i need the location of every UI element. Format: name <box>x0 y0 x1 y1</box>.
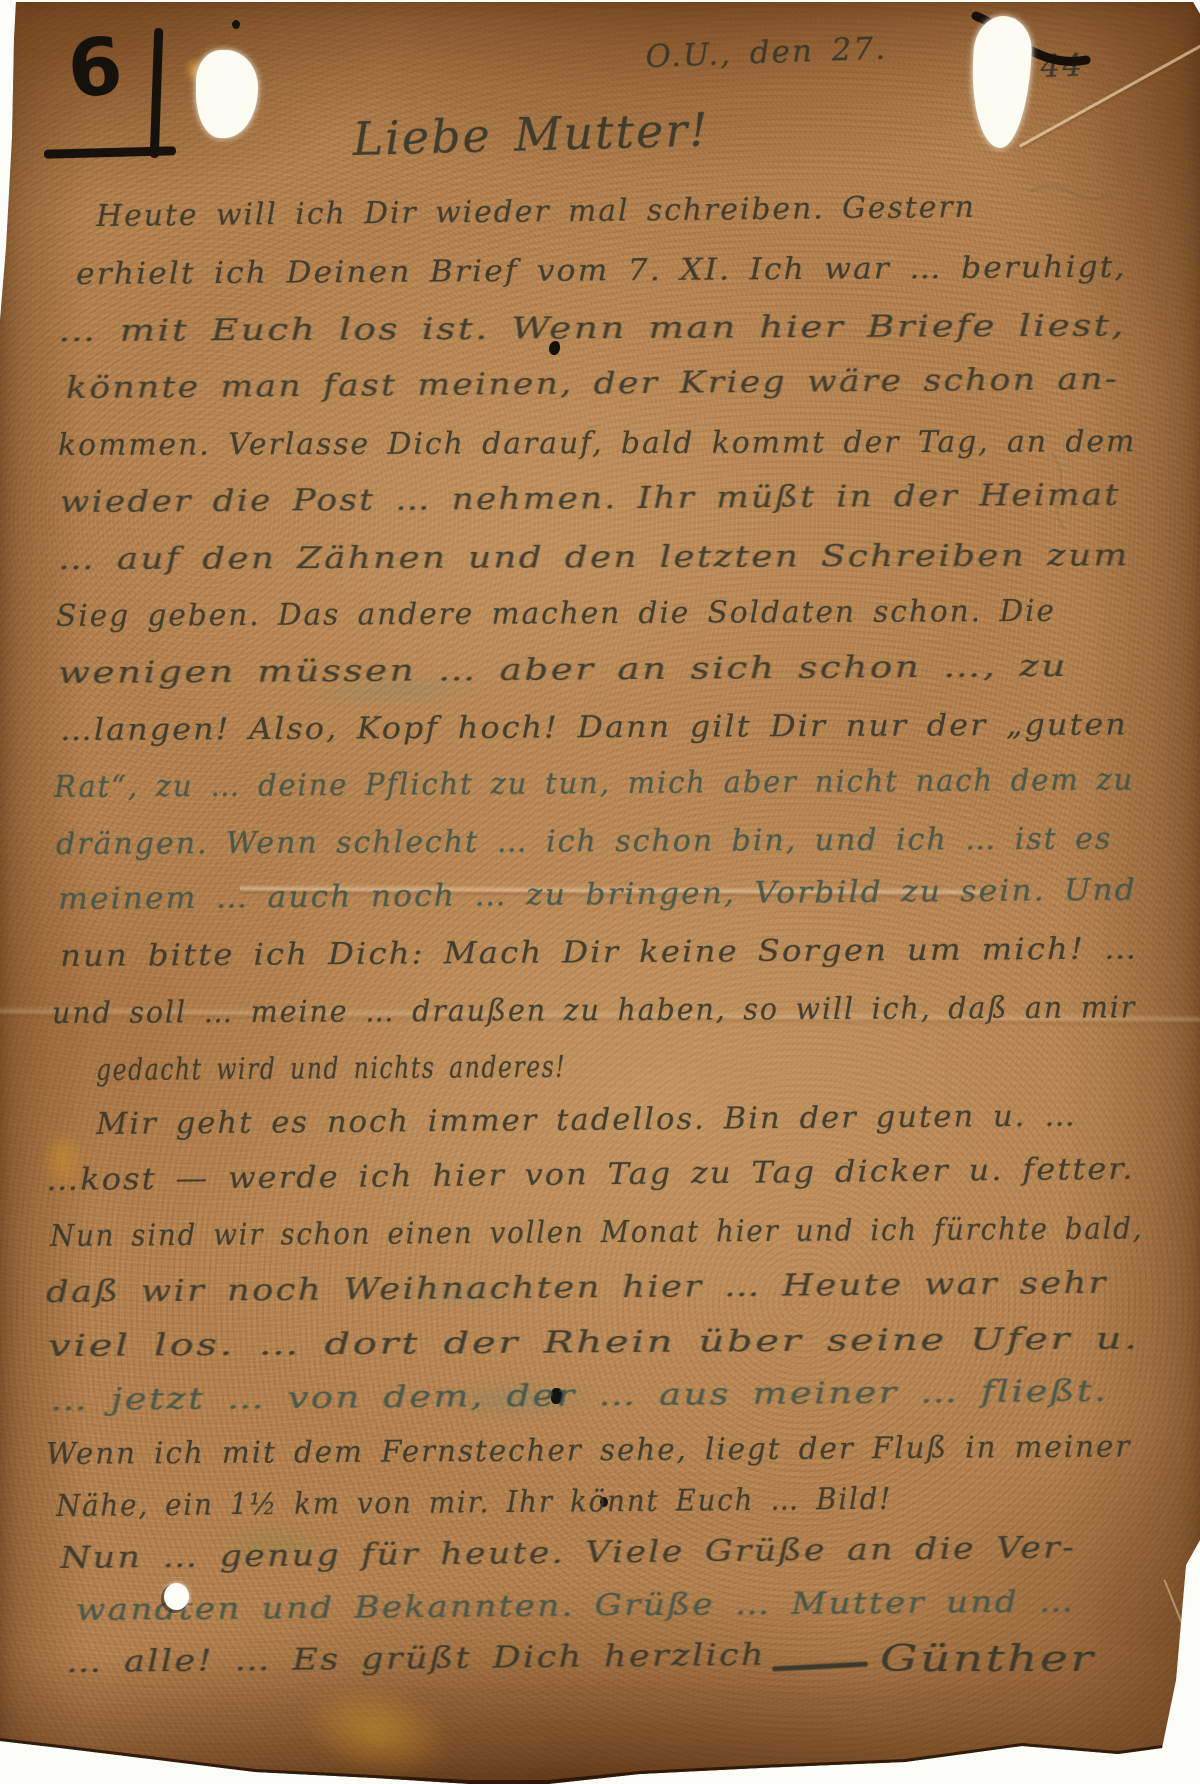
handwriting-line: Sieg geben. Das andere machen die Soldat… <box>56 597 1056 632</box>
handwriting-line: kommen. Verlasse Dich darauf, bald kommt… <box>58 427 1136 461</box>
handwriting-line: …kost — werde ich hier von Tag zu Tag di… <box>46 1155 1135 1196</box>
handwriting-line: …langen! Also, Kopf hoch! Dann gilt Dir … <box>60 710 1128 746</box>
punch-hole-left <box>196 50 258 138</box>
handwriting-line: viel los. … dort der Rhein über seine Uf… <box>48 1324 1140 1362</box>
handwriting-line: … auf den Zähnen und den letzten Schreib… <box>58 541 1130 575</box>
date-line-prefix: O.U., den 27. <box>645 34 888 73</box>
handwriting-line: gedacht wird und nichts anderes! <box>96 1053 566 1086</box>
handwriting-line: wenigen müssen … aber an sich schon …, z… <box>58 652 1068 689</box>
scanned-letter-page: 6 O.U., den 27. 44 Liebe Mutter! Heute w… <box>0 0 1200 1784</box>
signature-dash-stroke <box>772 1661 868 1671</box>
handwriting-line: Nähe, ein 1½ km von mir. Ihr könnt Euch … <box>56 1485 892 1522</box>
handwriting-line: drängen. Wenn schlecht … ich schon bin, … <box>56 824 1112 860</box>
small-hole-bottom-left <box>164 1583 189 1610</box>
handwriting-line: Nun … genug für heute. Viele Grüße an di… <box>60 1533 1076 1574</box>
handwriting-line: … mit Euch los ist. Wenn man hier Briefe… <box>58 311 1126 347</box>
amber-stain-bottom <box>293 1671 460 1784</box>
corner-crease-bottom-right <box>1163 1580 1200 1683</box>
letter-paper: 6 O.U., den 27. 44 Liebe Mutter! Heute w… <box>0 0 1200 1784</box>
handwriting-line: … jetzt … von dem, der … aus meiner … fl… <box>50 1377 1108 1416</box>
handwriting-line: könnte man fast meinen, der Krieg wäre s… <box>66 365 1119 404</box>
bleed-through-ghost-stroke-1 <box>1030 186 1112 199</box>
handwriting-line: Nun sind wir schon einen vollen Monat hi… <box>50 1214 1143 1252</box>
handwriting-line: nun bitte ich Dich: Mach Dir keine Sorge… <box>60 934 1138 972</box>
handwriting-line: Heute will ich Dir wieder mal schreiben.… <box>96 193 976 232</box>
salutation: Liebe Mutter! <box>352 107 710 162</box>
ink-blot-3 <box>232 20 240 29</box>
handwriting-line: Rat“, zu … deine Pflicht zu tun, mich ab… <box>54 765 1134 803</box>
handwriting-line: wandten und Bekannten. Grüße … Mutter un… <box>76 1587 1075 1626</box>
signature: Günther <box>880 1642 1095 1678</box>
handwriting-line: und soll … meine … draußen zu haben, so … <box>52 993 1136 1029</box>
handwriting-line: erhielt ich Deinen Brief vom 7. XI. Ich … <box>76 253 1127 290</box>
punch-hole-right <box>969 15 1034 150</box>
torn-bottom-edge-contour <box>0 1740 1162 1782</box>
handwriting-line: … alle! … Es grüßt Dich herzlich <box>66 1641 766 1678</box>
date-line-year: 44 <box>1040 50 1085 82</box>
bottom-corner-flake <box>1162 1736 1188 1770</box>
handwriting-line: Wenn ich mit dem Fernstecher sehe, liegt… <box>46 1432 1131 1470</box>
handwriting-line: daß wir noch Weihnachten hier … Heute wa… <box>46 1269 1108 1308</box>
handwriting-line: meinem … auch noch … zu bringen, Vorbild… <box>58 876 1137 915</box>
page-number-mark: 6 <box>65 28 126 110</box>
handwriting-line: wieder die Post … nehmen. Ihr müßt in de… <box>60 481 1121 518</box>
page-number-vertical-stroke <box>150 28 164 158</box>
handwriting-line: Mir geht es noch immer tadellos. Bin der… <box>96 1101 1077 1140</box>
